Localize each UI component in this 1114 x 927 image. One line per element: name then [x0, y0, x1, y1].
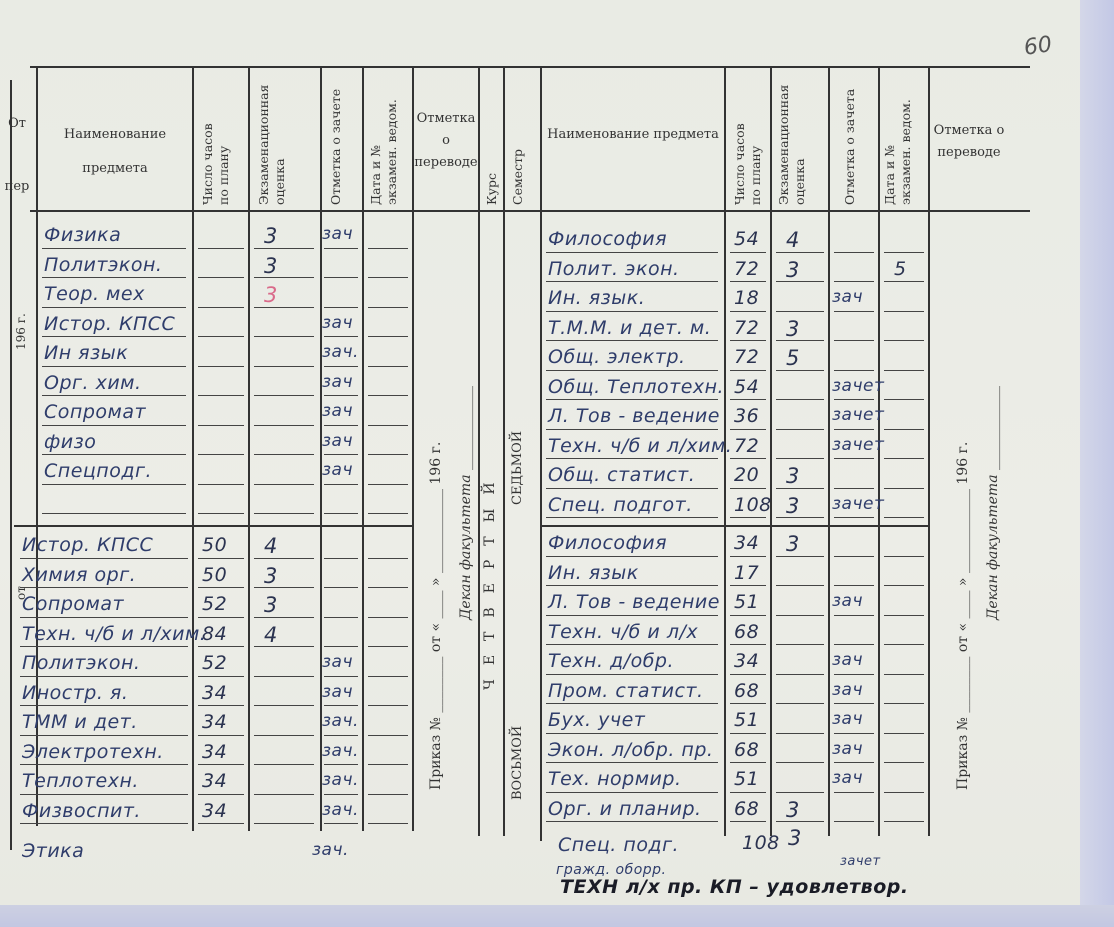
right-seventh-hours: 108: [734, 494, 772, 516]
right-seventh-cell-line: [884, 281, 924, 282]
left-upper-cell-line: [254, 336, 314, 337]
right-seventh-cell-line: [776, 488, 824, 489]
left-upper-subject: Теор. мех: [44, 283, 145, 305]
left-lower-cell-line: [324, 705, 358, 706]
left-lower-row-line: [20, 587, 188, 588]
header-top-rule: [30, 66, 1030, 68]
left-lower-cell-line: [368, 617, 408, 618]
left-upper-subject: Политэкон.: [44, 254, 162, 276]
subject-name-header: Наименование предмета: [40, 118, 190, 186]
folio-number: 60: [1022, 32, 1053, 61]
right-eighth-cell-line: [776, 762, 824, 763]
right-seventh-cell-line: [730, 281, 766, 282]
right-seventh-subject: Общ. статист.: [548, 464, 695, 486]
left-lower-row-line: [20, 735, 188, 736]
right-eighth-cell-line: [776, 585, 824, 586]
left-upper-row-line: [42, 425, 186, 426]
left-upper-cell-line: [324, 484, 358, 485]
transfer-block-right-dean: Декан факультета ____________: [985, 386, 1001, 620]
right-seventh-grade: 3: [786, 464, 800, 488]
right-eighth-credit: зач: [832, 591, 863, 611]
left-upper-cell-line: [324, 454, 358, 455]
left-upper-cell-line: [198, 484, 244, 485]
right-eighth-grade: 3: [786, 798, 800, 822]
right-eighth-cell-line: [730, 615, 766, 616]
course-label: ЧЕТВЕРТЫЙ: [482, 468, 498, 690]
transfer-mark-header: Отметка о переводе: [414, 108, 478, 174]
transfer-block-middle-order: Приказ № ________ от « ____ » __________…: [428, 442, 444, 790]
right-seventh-hours: 72: [734, 435, 759, 457]
right-eighth-cell-line: [884, 585, 924, 586]
left-upper-row-line: [42, 307, 186, 308]
right-eighth-row-line: [546, 615, 718, 616]
left-lower-cell-line: [198, 617, 244, 618]
right-seventh-hours: 72: [734, 258, 759, 280]
left-upper-credit: зач: [322, 372, 353, 392]
left-lower-row-line: [20, 794, 188, 795]
left-upper-cell-line: [324, 425, 358, 426]
semester-seventh: СЕДЬМОЙ: [510, 431, 525, 505]
left-upper-cell-line: [198, 425, 244, 426]
left-upper-cell-line: [368, 336, 408, 337]
right-seventh-grade: 3: [786, 258, 800, 282]
right-seventh-hours: 20: [734, 464, 759, 486]
right-seventh-cell-line: [834, 281, 874, 282]
right-seventh-cell-line: [730, 370, 766, 371]
right-eighth-subject: Тех. нормир.: [548, 768, 682, 790]
left-upper-cell-line: [198, 277, 244, 278]
left-lower-cell-line: [368, 558, 408, 559]
left-lower-cell-line: [368, 735, 408, 736]
right-seventh-subject: Общ. Теплотехн.: [548, 376, 724, 398]
right-eighth-row-line: [546, 792, 718, 793]
left-lower-cell-line: [198, 794, 244, 795]
right-eighth-subject: Пром. статист.: [548, 680, 704, 702]
right-seventh-grade: 4: [786, 228, 800, 252]
hours-header: по плану: [216, 65, 232, 205]
left-lower-cell-line: [368, 705, 408, 706]
left-upper-row-line: [42, 248, 186, 249]
semester-header: Семестр: [510, 65, 526, 205]
left-lower-subject: Химия орг.: [22, 564, 136, 586]
left-lower-cell-line: [254, 587, 314, 588]
right-extra-hours: 108: [742, 832, 780, 854]
right-eighth-cell-line: [834, 762, 874, 763]
left-lower-cell-line: [254, 764, 314, 765]
right-extra-grade: 3: [788, 826, 802, 850]
left-table-column: [248, 66, 250, 831]
right-eighth-subject: Экон. л/обр. пр.: [548, 739, 713, 761]
left-lower-subject: Политэкон.: [22, 652, 140, 674]
right-eighth-cell-line: [730, 733, 766, 734]
left-lower-hours: 84: [202, 623, 227, 645]
right-seventh-row-line: [546, 517, 718, 518]
left-lower-grade: 3: [264, 593, 278, 617]
left-upper-cell-line: [254, 248, 314, 249]
right-seventh-cell-line: [884, 311, 924, 312]
right-seventh-cell-line: [730, 399, 766, 400]
right-seventh-hours: 54: [734, 228, 759, 250]
left-upper-cell-line: [254, 425, 314, 426]
left-lower-cell-line: [368, 676, 408, 677]
left-upper-credit: зач.: [322, 342, 359, 362]
right-eighth-cell-line: [730, 556, 766, 557]
right-eighth-hours: 51: [734, 591, 759, 613]
left-lower-cell-line: [254, 823, 314, 824]
left-lower-cell-line: [254, 676, 314, 677]
right-eighth-cell-line: [730, 585, 766, 586]
left-lower-subject: ТММ и дет.: [22, 711, 138, 733]
left-lower-row-line: [20, 617, 188, 618]
left-upper-row-line: [42, 366, 186, 367]
right-eighth-hours: 34: [734, 650, 759, 672]
right-eighth-hours: 51: [734, 709, 759, 731]
left-lower-cell-line: [198, 676, 244, 677]
left-upper-grade: 3: [264, 254, 278, 278]
right-eighth-row-line: [546, 733, 718, 734]
dean-label: Декан факультета ____________: [985, 386, 1001, 620]
left-upper-cell-line: [254, 277, 314, 278]
semester-column-line: [503, 66, 505, 836]
left-upper-row-line: [42, 484, 186, 485]
left-upper-cell-line: [254, 366, 314, 367]
right-seventh-cell-line: [776, 252, 824, 253]
left-upper-subject: Сопромат: [44, 401, 146, 423]
right-eighth-cell-line: [776, 792, 824, 793]
dean-label: Декан факультета ____________: [458, 386, 474, 620]
left-upper-cell-line: [368, 395, 408, 396]
right-eighth-hours: 68: [734, 621, 759, 643]
right-seventh-cell-line: [730, 458, 766, 459]
left-upper-subject: Физика: [44, 224, 121, 246]
right-eighth-row-line: [546, 703, 718, 704]
left-upper-credit: зач: [322, 431, 353, 451]
partial-header: От: [2, 115, 32, 133]
right-extra-subject: Спец. подг.: [558, 834, 679, 856]
left-upper-row-line: [42, 277, 186, 278]
right-seventh-hours: 72: [734, 346, 759, 368]
left-lower-cell-line: [254, 794, 314, 795]
left-lower-cell-line: [198, 646, 244, 647]
left-lower-credit: зач: [322, 682, 353, 702]
right-seventh-cell-line: [884, 517, 924, 518]
left-lower-cell-line: [254, 558, 314, 559]
right-eighth-credit: зач: [832, 709, 863, 729]
right-eighth-cell-line: [730, 703, 766, 704]
left-table-column: [192, 66, 194, 831]
right-eighth-cell-line: [834, 733, 874, 734]
right-seventh-hours: 36: [734, 405, 759, 427]
transfer-block-right-order: Приказ № ________ от « ____ » __________…: [955, 442, 971, 790]
left-upper-cell-line: [368, 277, 408, 278]
left-lower-cell-line: [198, 823, 244, 824]
right-eighth-hours: 68: [734, 798, 759, 820]
left-lower-subject: Иностр. я.: [22, 682, 128, 704]
right-seventh-hours: 54: [734, 376, 759, 398]
semester-eighth: ВОСЬМОЙ: [510, 726, 525, 800]
right-extra-credit-note: зачет: [840, 854, 881, 869]
course-header: Курс: [484, 65, 500, 205]
grade-header: оценка: [272, 65, 288, 205]
left-lower-hours: 34: [202, 741, 227, 763]
right-eighth-cell-line: [730, 674, 766, 675]
right-seventh-cell-line: [776, 370, 824, 371]
right-seventh-credit: зачет: [832, 405, 884, 425]
right-seventh-row-line: [546, 429, 718, 430]
left-upper-cell-line: [254, 454, 314, 455]
transfer-mark-header-right: Отметка о переводе: [930, 120, 1008, 164]
left-upper-subject: Спецподг.: [44, 460, 152, 482]
left-upper-cell-line: [368, 454, 408, 455]
right-eighth-row-line: [546, 556, 718, 557]
right-eighth-cell-line: [884, 644, 924, 645]
left-upper-cell-line: [198, 336, 244, 337]
left-upper-cell-line: [324, 513, 358, 514]
left-lower-subject: Теплотехн.: [22, 770, 139, 792]
left-lower-subject: Техн. ч/б и л/хим.: [22, 623, 206, 645]
left-upper-grade: 3: [264, 283, 278, 307]
left-table-column: [412, 66, 414, 831]
left-extra-credit: зач.: [312, 840, 349, 860]
right-eighth-cell-line: [776, 703, 824, 704]
left-upper-cell-line: [324, 366, 358, 367]
left-lower-cell-line: [324, 823, 358, 824]
right-eighth-cell-line: [884, 821, 924, 822]
left-upper-cell-line: [324, 248, 358, 249]
right-eighth-hours: 34: [734, 532, 759, 554]
right-eighth-cell-line: [884, 733, 924, 734]
left-lower-cell-line: [368, 764, 408, 765]
right-eighth-row-line: [546, 674, 718, 675]
right-eighth-cell-line: [730, 792, 766, 793]
right-eighth-hours: 51: [734, 768, 759, 790]
right-seventh-subject: Л. Тов - ведение: [548, 405, 720, 427]
credit-header-right: Отметка о зачета: [842, 65, 858, 205]
right-eighth-cell-line: [834, 792, 874, 793]
right-table-column: [928, 66, 930, 836]
right-seventh-cell-line: [776, 517, 824, 518]
right-eighth-subject: Техн. ч/б и л/х: [548, 621, 698, 643]
right-seventh-cell-line: [834, 340, 874, 341]
right-table-border: [540, 66, 542, 841]
right-seventh-cell-line: [834, 399, 874, 400]
right-seventh-cell-line: [884, 488, 924, 489]
right-seventh-row-line: [546, 281, 718, 282]
left-lower-cell-line: [198, 587, 244, 588]
left-lower-cell-line: [324, 735, 358, 736]
right-eighth-cell-line: [884, 615, 924, 616]
left-lower-hours: 34: [202, 800, 227, 822]
right-seventh-credit: зачет: [832, 435, 884, 455]
right-seventh-row-line: [546, 311, 718, 312]
left-lower-row-line: [20, 705, 188, 706]
left-lower-cell-line: [254, 617, 314, 618]
right-seventh-cell-line: [834, 488, 874, 489]
right-eighth-cell-line: [730, 644, 766, 645]
left-upper-cell-line: [368, 513, 408, 514]
left-upper-cell-line: [254, 307, 314, 308]
right-eighth-cell-line: [834, 703, 874, 704]
right-eighth-cell-line: [730, 762, 766, 763]
left-table-column: [362, 66, 364, 831]
right-seventh-cell-line: [834, 458, 874, 459]
left-lower-cell-line: [324, 646, 358, 647]
right-seventh-grade: 3: [786, 494, 800, 518]
right-seventh-cell-line: [834, 429, 874, 430]
right-eighth-cell-line: [776, 733, 824, 734]
left-lower-cell-line: [324, 558, 358, 559]
left-upper-cell-line: [198, 248, 244, 249]
left-lower-cell-line: [368, 794, 408, 795]
date-header-right: экзамен. ведом.: [898, 65, 914, 205]
right-eighth-credit: зач: [832, 650, 863, 670]
left-lower-cell-line: [368, 587, 408, 588]
left-lower-row-line: [20, 823, 188, 824]
left-lower-hours: 52: [202, 652, 227, 674]
right-eighth-subject: Ин. язык: [548, 562, 639, 584]
transfer-block-middle-dean: Декан факультета ____________: [458, 386, 474, 620]
right-seventh-cell-line: [730, 517, 766, 518]
left-upper-cell-line: [324, 307, 358, 308]
background-edge: [1080, 0, 1114, 927]
right-seventh-hours: 72: [734, 317, 759, 339]
right-eighth-grade: 3: [786, 532, 800, 556]
right-seventh-row-line: [546, 488, 718, 489]
left-lower-cell-line: [324, 764, 358, 765]
grade-header-right: Экзаменационная: [776, 65, 792, 205]
right-seventh-row-line: [546, 340, 718, 341]
right-eighth-cell-line: [834, 674, 874, 675]
right-eighth-hours: 68: [734, 739, 759, 761]
left-lower-row-line: [20, 764, 188, 765]
left-upper-cell-line: [324, 336, 358, 337]
right-eighth-cell-line: [776, 556, 824, 557]
left-lower-cell-line: [198, 735, 244, 736]
right-seventh-cell-line: [884, 252, 924, 253]
left-lower-cell-line: [368, 646, 408, 647]
right-seventh-cell-line: [730, 429, 766, 430]
right-eighth-subject: Техн. д/обр.: [548, 650, 674, 672]
left-upper-subject: Ин язык: [44, 342, 128, 364]
right-eighth-cell-line: [776, 615, 824, 616]
right-seventh-grade: 3: [786, 317, 800, 341]
left-lower-cell-line: [198, 764, 244, 765]
left-upper-grade: 3: [264, 224, 278, 248]
left-upper-cell-line: [324, 395, 358, 396]
left-lower-hours: 34: [202, 682, 227, 704]
hours-header-right: по плану: [748, 65, 764, 205]
left-upper-cell-line: [368, 307, 408, 308]
right-seventh-cell-line: [834, 252, 874, 253]
left-upper-cell-line: [254, 395, 314, 396]
left-upper-cell-line: [198, 395, 244, 396]
right-seventh-subject: Полит. экон.: [548, 258, 680, 280]
right-eighth-cell-line: [884, 556, 924, 557]
partial-header: пер: [2, 178, 32, 196]
left-lower-cell-line: [198, 705, 244, 706]
background-edge-bottom: [0, 905, 1114, 927]
left-lower-credit: зач.: [322, 711, 359, 731]
left-lower-cell-line: [254, 735, 314, 736]
right-seventh-cell-line: [776, 458, 824, 459]
right-seventh-subject: Общ. электр.: [548, 346, 686, 368]
right-eighth-cell-line: [776, 644, 824, 645]
right-eighth-cell-line: [884, 674, 924, 675]
left-lower-credit: зач.: [322, 800, 359, 820]
right-seventh-cell-line: [884, 458, 924, 459]
left-upper-subject: Истор. КПСС: [44, 313, 175, 335]
right-eighth-subject: Бух. учет: [548, 709, 645, 731]
left-lower-cell-line: [254, 705, 314, 706]
right-seventh-cell-line: [730, 340, 766, 341]
left-lower-credit: зач.: [322, 741, 359, 761]
right-eighth-hours: 17: [734, 562, 759, 584]
right-seventh-cell-line: [884, 370, 924, 371]
right-seventh-subject: Т.М.М. и дет. м.: [548, 317, 711, 339]
right-seventh-cell-line: [776, 429, 824, 430]
left-lower-hours: 34: [202, 770, 227, 792]
left-upper-row-line: [42, 454, 186, 455]
grade-header-right: оценка: [792, 65, 808, 205]
right-eighth-row-line: [546, 585, 718, 586]
right-seventh-cell-line: [776, 281, 824, 282]
right-eighth-row-line: [546, 762, 718, 763]
left-lower-subject: Истор. КПСС: [22, 534, 153, 556]
right-seventh-row-line: [546, 399, 718, 400]
left-upper-credit: зач: [322, 313, 353, 333]
right-eighth-cell-line: [884, 703, 924, 704]
right-eighth-credit: зач: [832, 680, 863, 700]
right-seventh-cell-line: [776, 311, 824, 312]
left-extra-subject: Этика: [22, 840, 84, 862]
right-seventh-cell-line: [730, 252, 766, 253]
right-seventh-cell-line: [884, 340, 924, 341]
left-lower-hours: 50: [202, 534, 227, 556]
left-upper-subject: Орг. хим.: [44, 372, 142, 394]
left-upper-cell-line: [254, 513, 314, 514]
right-seventh-subject: Ин. язык.: [548, 287, 645, 309]
right-seventh-date: 5: [894, 258, 907, 280]
grade-header: Экзаменационная: [256, 65, 272, 205]
right-eighth-cell-line: [884, 762, 924, 763]
right-seventh-cell-line: [776, 399, 824, 400]
left-lower-hours: 50: [202, 564, 227, 586]
left-lower-subject: Физвоспит.: [22, 800, 141, 822]
left-upper-cell-line: [368, 248, 408, 249]
right-eighth-subject: Орг. и планир.: [548, 798, 702, 820]
left-lower-subject: Сопромат: [22, 593, 124, 615]
right-eighth-cell-line: [884, 792, 924, 793]
left-upper-cell-line: [198, 454, 244, 455]
right-seventh-subject: Техн. ч/б и л/хим.: [548, 435, 732, 457]
right-eighth-credit: зач: [832, 768, 863, 788]
left-upper-cell-line: [368, 366, 408, 367]
right-seventh-row-line: [546, 252, 718, 253]
right-seventh-cell-line: [730, 311, 766, 312]
left-lower-credit: зач: [322, 652, 353, 672]
left-lower-cell-line: [324, 794, 358, 795]
right-seventh-credit: зачет: [832, 494, 884, 514]
date-header: экзамен. ведом.: [384, 65, 400, 205]
left-upper-row-line: [42, 336, 186, 337]
left-upper-credit: зач: [322, 401, 353, 421]
left-lower-hours: 34: [202, 711, 227, 733]
credit-header-left: Отметка о зачете: [328, 65, 344, 205]
left-lower-grade: 3: [264, 564, 278, 588]
date-header: Дата и №: [368, 65, 384, 205]
right-seventh-cell-line: [834, 370, 874, 371]
left-lower-subject: Электротехн.: [22, 741, 164, 763]
